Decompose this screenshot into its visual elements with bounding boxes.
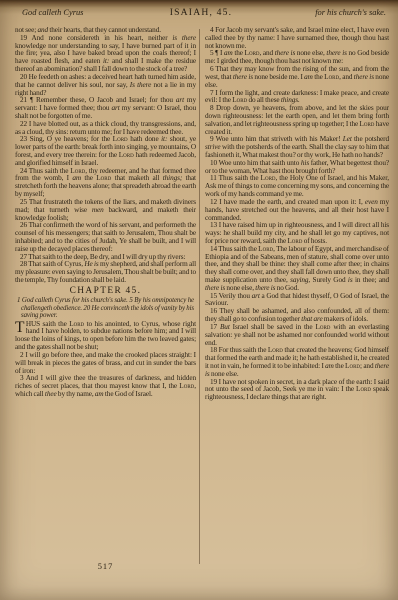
verse: 16 They shall be ashamed, and also confo… — [205, 308, 389, 324]
verse: 8 Drop down, ye heavens, from above, and… — [205, 105, 389, 136]
text-block: not see; and their hearts, that they can… — [15, 27, 389, 580]
verse: 26 That confirmeth the word of his serva… — [15, 222, 196, 253]
verse: 14 Thus saith the Lord, The labour of Eg… — [205, 246, 389, 293]
verse: 5 ¶ I am the Lord, and there is none els… — [205, 50, 389, 66]
verse: 28 That saith of Cyrus, He is my shepher… — [15, 261, 196, 284]
column-right: 4 For Jacob my servant's sake, and Israe… — [205, 27, 389, 580]
verses-before-chapter: not see; and their hearts, that they can… — [15, 27, 196, 285]
verses-right: 4 For Jacob my servant's sake, and Israe… — [205, 27, 389, 402]
verse: 19 I have not spoken in secret, in a dar… — [205, 379, 389, 402]
verse: 10 Woe unto him that saith unto his fath… — [205, 160, 389, 176]
verse: 11 Thus saith the Lord, the Holy One of … — [205, 175, 389, 198]
verses-after-dropcap: 2 I will go before thee, and make the cr… — [15, 352, 196, 399]
column-divider-rule — [199, 29, 200, 564]
verse: 9 Woe unto him that striveth with his Ma… — [205, 136, 389, 159]
verse: 6 That they may know from the rising of … — [205, 66, 389, 89]
verse: 22 I have blotted out, as a thick cloud,… — [15, 121, 196, 137]
chapter-heading: CHAPTER 45. — [15, 288, 196, 296]
verse: 7 I form the light, and create darkness:… — [205, 90, 389, 106]
verse: 3 And I will give thee the treasures of … — [15, 375, 196, 398]
verse: 21 ¶ Remember these, O Jacob and Israel;… — [15, 97, 196, 120]
bible-page: God calleth Cyrus ISAIAH, 45. for his ch… — [0, 0, 398, 600]
verse: 18 For thus saith the Lord that created … — [205, 347, 389, 378]
verse: 13 I have raised him up in righteousness… — [205, 222, 389, 245]
verse: 2 I will go before thee, and make the cr… — [15, 352, 196, 375]
running-head-right: for his church's sake. — [315, 8, 386, 17]
verse: 23 Sing, O ye heavens; for the Lord hath… — [15, 136, 196, 167]
verse-text: HUS saith the Lord to his anointed, to C… — [15, 320, 196, 351]
page-number: 517 — [15, 562, 196, 571]
drop-cap: T — [15, 321, 26, 335]
verse: 20 He feedeth on ashes: a deceived heart… — [15, 74, 196, 97]
verse: 24 Thus saith the Lord, thy redeemer, an… — [15, 168, 196, 199]
verse: 17 But Israel shall be saved in the Lord… — [205, 324, 389, 347]
running-head-title: ISAIAH, 45. — [170, 7, 233, 18]
verse: 15 Verily thou art a God that hidest thy… — [205, 293, 389, 309]
column-left: not see; and their hearts, that they can… — [15, 27, 196, 580]
verse: 4 For Jacob my servant's sake, and Israe… — [205, 27, 389, 50]
verse: 25 That frustrateth the tokens of the li… — [15, 199, 196, 222]
running-head-left: God calleth Cyrus — [22, 8, 83, 17]
verse-dropcap: THUS saith the Lord to his anointed, to … — [15, 321, 196, 352]
running-head: God calleth Cyrus ISAIAH, 45. for his ch… — [16, 8, 386, 21]
verse: 19 And none considereth in his heart, ne… — [15, 35, 196, 74]
verse: 12 I have made the earth, and created ma… — [205, 199, 389, 222]
chapter-summary: 1 God calleth Cyrus for his church's sak… — [21, 297, 194, 320]
